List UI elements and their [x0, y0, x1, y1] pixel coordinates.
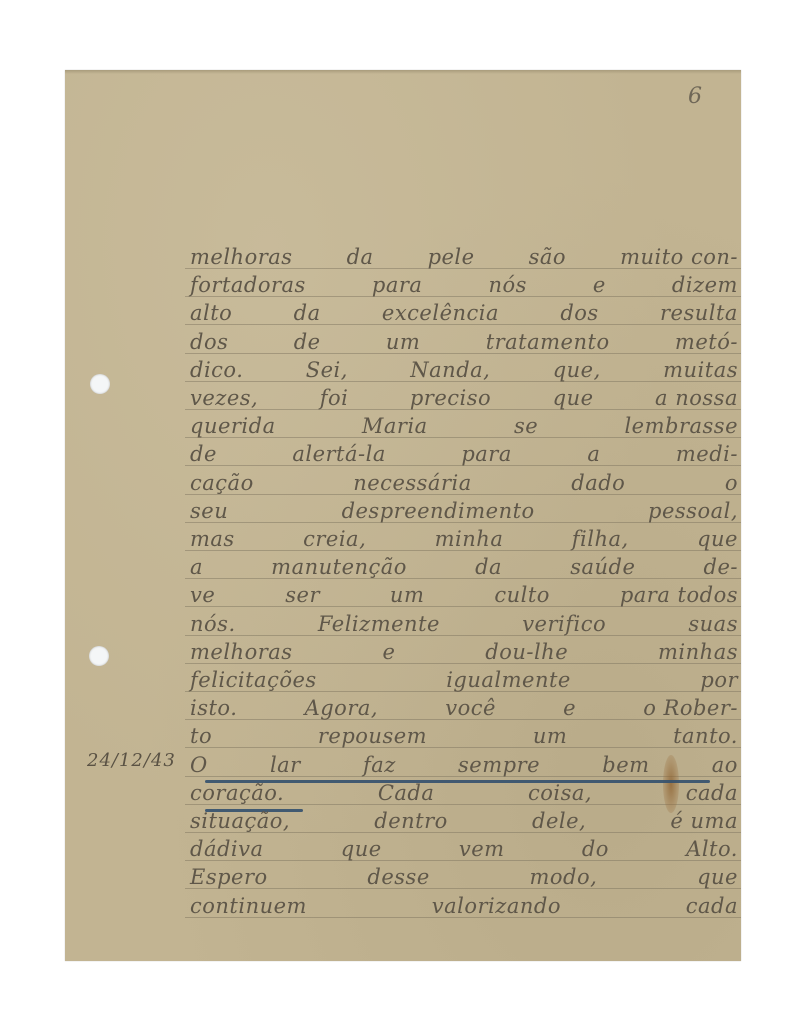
- handwritten-word: Alto.: [686, 837, 738, 861]
- text-line: isto.Agora,vocêeo Rober-: [190, 692, 738, 720]
- handwritten-word: mas: [190, 527, 235, 551]
- handwritten-word: Felizmente: [318, 612, 440, 636]
- handwritten-word: que: [697, 865, 738, 889]
- text-line: amanutençãodasaúdede-: [190, 551, 738, 579]
- handwritten-word: dou-lhe: [485, 640, 568, 664]
- text-line: coração.Cadacoisa,cada: [190, 777, 738, 805]
- hole-punch-bottom: [89, 646, 109, 666]
- text-line: dealertá-laparaamedi-: [190, 438, 738, 466]
- handwritten-word: que: [341, 837, 382, 861]
- text-line: vezes,foiprecisoquea nossa: [190, 382, 738, 410]
- handwritten-word: lembrasse: [624, 414, 738, 438]
- hole-punch-top: [90, 374, 110, 394]
- handwritten-word: a: [587, 442, 600, 466]
- handwritten-word: a: [190, 555, 203, 579]
- handwritten-word: seu: [190, 499, 228, 523]
- handwritten-word: coisa,: [528, 781, 592, 805]
- handwritten-word: dentro: [374, 809, 448, 833]
- handwritten-word: dele,: [532, 809, 586, 833]
- handwritten-word: pessoal,: [648, 499, 738, 523]
- handwritten-word: coração.: [190, 781, 284, 805]
- handwritten-word: resulta: [660, 301, 738, 325]
- handwritten-word: bem: [602, 753, 649, 777]
- handwritten-word: metó-: [675, 330, 738, 354]
- handwritten-word: Sei,: [306, 358, 348, 382]
- handwritten-word: modo,: [530, 865, 598, 889]
- handwritten-word: preciso: [410, 386, 491, 410]
- handwritten-word: um: [390, 583, 424, 607]
- text-line: dosdeumtratamentometó-: [190, 326, 738, 354]
- handwritten-word: tanto.: [673, 724, 738, 748]
- handwritten-word: da: [294, 301, 321, 325]
- handwritten-word: cada: [686, 894, 738, 918]
- handwritten-word: o Rober-: [643, 696, 738, 720]
- text-line: queridaMariaselembrasse: [190, 410, 738, 438]
- handwritten-word: um: [533, 724, 567, 748]
- handwritten-word: cação: [190, 471, 254, 495]
- handwritten-word: dico.: [190, 358, 243, 382]
- text-line: dico.Sei,Nanda,que,muitas: [190, 354, 738, 382]
- text-line: felicitaçõesigualmentepor: [190, 664, 738, 692]
- handwritten-word: para: [461, 442, 512, 466]
- handwritten-word: valorizando: [432, 894, 561, 918]
- handwritten-word: tratamento: [486, 330, 610, 354]
- handwritten-word: muitas: [663, 358, 738, 382]
- text-line: Olarfazsemprebemao: [190, 749, 738, 777]
- letter-page: 6 24/12/43 melhorasdapelesãomuito con- f…: [65, 70, 741, 961]
- handwritten-word: pele: [428, 245, 475, 269]
- handwritten-word: manutenção: [271, 555, 407, 579]
- handwritten-word: de-: [704, 555, 738, 579]
- handwritten-word: um: [386, 330, 420, 354]
- handwritten-word: dos: [560, 301, 598, 325]
- text-line: nós.Felizmenteverificosuas: [190, 608, 738, 636]
- handwritten-word: alto: [190, 301, 232, 325]
- margin-date: 24/12/43: [87, 750, 176, 771]
- handwritten-word: do: [582, 837, 609, 861]
- text-line: situação,dentrodele,é uma: [190, 805, 738, 833]
- handwritten-word: Espero: [190, 865, 268, 889]
- handwritten-word: filha,: [572, 527, 629, 551]
- handwritten-word: é uma: [670, 809, 738, 833]
- handwritten-word: to: [190, 724, 212, 748]
- handwritten-word: que: [697, 527, 738, 551]
- handwritten-word: para todos: [620, 583, 738, 607]
- handwritten-word: nós: [488, 273, 526, 297]
- handwritten-word: Nanda,: [410, 358, 490, 382]
- handwritten-word: minha: [435, 527, 504, 551]
- handwritten-word: de: [294, 330, 321, 354]
- handwritten-word: por: [700, 668, 738, 692]
- text-line: dádivaquevemdoAlto.: [190, 833, 738, 861]
- text-line: melhorasedou-lheminhas: [190, 636, 738, 664]
- handwritten-word: excelência: [382, 301, 499, 325]
- handwritten-word: felicitações: [190, 668, 317, 692]
- handwritten-word: dádiva: [190, 837, 264, 861]
- handwritten-word: repousem: [318, 724, 427, 748]
- handwritten-word: querida: [190, 414, 276, 438]
- handwritten-word: O: [190, 753, 208, 777]
- handwritten-word: muito con-: [620, 245, 738, 269]
- handwritten-word: saúde: [570, 555, 635, 579]
- text-line: veserumcultopara todos: [190, 579, 738, 607]
- handwritten-word: da: [475, 555, 502, 579]
- text-line: altodaexcelênciadosresulta: [190, 297, 738, 325]
- handwritten-word: fortadoras: [190, 273, 306, 297]
- handwritten-word: alertá-la: [292, 442, 386, 466]
- handwritten-word: lar: [270, 753, 301, 777]
- handwritten-word: de: [190, 442, 217, 466]
- handwritten-word: para: [372, 273, 423, 297]
- handwritten-word: cada: [686, 781, 738, 805]
- handwritten-word: o: [725, 471, 738, 495]
- text-line: caçãonecessáriadadoo: [190, 467, 738, 495]
- handwritten-word: desse: [367, 865, 429, 889]
- handwritten-word: e: [593, 273, 606, 297]
- handwritten-word: despreendimento: [342, 499, 535, 523]
- handwritten-word: se: [514, 414, 538, 438]
- handwritten-word: isto.: [190, 696, 237, 720]
- handwritten-word: faz: [363, 753, 396, 777]
- handwritten-word: são: [529, 245, 566, 269]
- handwritten-word: que: [553, 386, 594, 410]
- text-line: torepousemumtanto.: [190, 720, 738, 748]
- handwritten-word: a nossa: [655, 386, 738, 410]
- handwritten-word: Maria: [362, 414, 428, 438]
- handwritten-word: você: [445, 696, 496, 720]
- text-line: melhorasdapelesãomuito con-: [190, 241, 738, 269]
- handwritten-word: e: [382, 640, 395, 664]
- handwritten-word: dado: [571, 471, 625, 495]
- handwritten-word: da: [347, 245, 374, 269]
- handwritten-word: sempre: [458, 753, 540, 777]
- handwritten-word: vem: [459, 837, 505, 861]
- handwritten-word: continuem: [190, 894, 307, 918]
- handwritten-word: ao: [712, 753, 738, 777]
- handwritten-word: igualmente: [446, 668, 571, 692]
- handwritten-word: e: [563, 696, 576, 720]
- handwritten-word: melhoras: [190, 245, 293, 269]
- handwritten-word: medi-: [676, 442, 738, 466]
- handwritten-word: dos: [190, 330, 228, 354]
- handwritten-word: minhas: [658, 640, 738, 664]
- handwritten-word: ve: [190, 583, 215, 607]
- handwritten-word: que,: [553, 358, 601, 382]
- handwritten-word: nós.: [190, 612, 236, 636]
- handwritten-word: culto: [494, 583, 550, 607]
- text-line: mascreia,minhafilha,que: [190, 523, 738, 551]
- handwritten-word: dizem: [672, 273, 738, 297]
- handwritten-word: ser: [285, 583, 320, 607]
- text-line: Esperodessemodo,que: [190, 861, 738, 889]
- handwritten-word: situação,: [190, 809, 290, 833]
- text-line: seudespreendimentopessoal,: [190, 495, 738, 523]
- handwritten-word: suas: [688, 612, 738, 636]
- handwritten-word: Agora,: [305, 696, 379, 720]
- handwritten-word: verifico: [522, 612, 606, 636]
- handwritten-word: vezes,: [190, 386, 258, 410]
- text-line: continuemvalorizandocada: [190, 890, 738, 918]
- text-line: fortadorasparanósedizem: [190, 269, 738, 297]
- handwritten-word: melhoras: [190, 640, 293, 664]
- handwritten-word: creia,: [303, 527, 366, 551]
- handwritten-word: foi: [320, 386, 349, 410]
- handwritten-word: Cada: [378, 781, 435, 805]
- handwritten-word: necessária: [353, 471, 472, 495]
